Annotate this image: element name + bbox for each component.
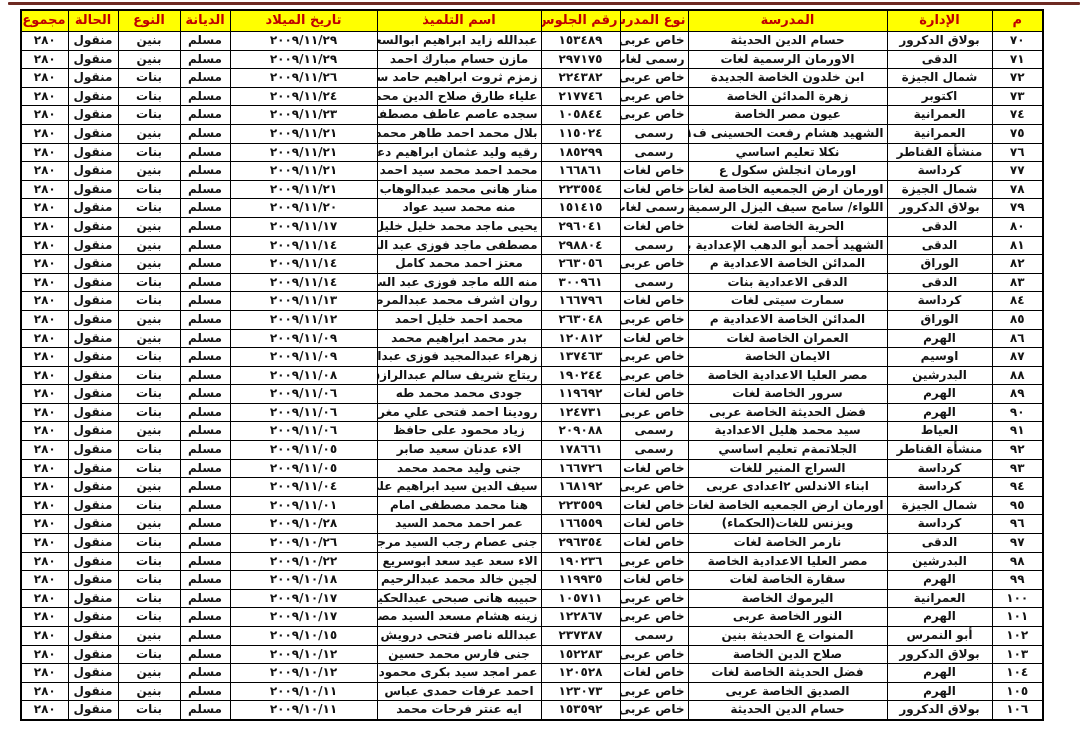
cell-no: ١٠٦ <box>992 701 1043 720</box>
cell-total: ٢٨٠ <box>21 366 68 385</box>
cell-seat_number: ١٩٠٢٣٦ <box>541 552 620 571</box>
cell-student_name: الاء سعد عيد سعد ابوسريع شقير <box>377 552 541 571</box>
cell-student_name: زمزم ثروت ابراهيم حامد سيد <box>377 69 541 88</box>
cell-total: ٢٨٠ <box>21 478 68 497</box>
cell-seat_number: ١٦٨١٩٢ <box>541 478 620 497</box>
cell-gender: بنين <box>118 124 180 143</box>
table-row: ٧٧كرداسةاورمان انجلش سكول عخاص لغات١٦٦٨٦… <box>21 162 1043 181</box>
cell-no: ٧١ <box>992 50 1043 69</box>
cell-birth_date: ٢٠٠٩/١١/٠٤ <box>230 478 377 497</box>
cell-school_type: خاص لغات <box>620 180 688 199</box>
cell-status: منقول <box>68 552 118 571</box>
cell-birth_date: ٢٠٠٩/١١/١٣ <box>230 292 377 311</box>
cell-birth_date: ٢٠٠٩/١١/٠٦ <box>230 403 377 422</box>
column-header-school_type: نوع المدرسة <box>620 10 688 32</box>
cell-school_type: رسمى <box>620 236 688 255</box>
cell-school_type: خاص عربى <box>620 608 688 627</box>
table-row: ٧٦منشأة القناطرنكلا تعليم اساسيرسمى١٨٥٢٩… <box>21 143 1043 162</box>
cell-total: ٢٨٠ <box>21 664 68 683</box>
cell-school: نارمر الخاصة لغات <box>688 534 887 553</box>
cell-administration: اكتوبر <box>887 87 992 106</box>
cell-total: ٢٨٠ <box>21 32 68 51</box>
cell-administration: الدقى <box>887 236 992 255</box>
cell-school_type: خاص عربى <box>620 32 688 51</box>
table-row: ١٠٦بولاق الدكرورحسام الدين الحديثةخاص عر… <box>21 701 1043 720</box>
cell-status: منقول <box>68 701 118 720</box>
cell-student_name: رقيه وليد عثمان ابراهيم دعبس <box>377 143 541 162</box>
cell-student_name: سيف الدين سيد ابراهيم على <box>377 478 541 497</box>
cell-administration: كرداسة <box>887 515 992 534</box>
cell-status: منقول <box>68 608 118 627</box>
cell-religion: مسلم <box>180 199 230 218</box>
cell-seat_number: ١٥١٤١٥ <box>541 199 620 218</box>
cell-school_type: رسمى <box>620 273 688 292</box>
cell-status: منقول <box>68 571 118 590</box>
column-header-seat_number: رقم الجلوس <box>541 10 620 32</box>
cell-status: منقول <box>68 385 118 404</box>
cell-no: ٩٠ <box>992 403 1043 422</box>
cell-religion: مسلم <box>180 441 230 460</box>
cell-gender: بنين <box>118 682 180 701</box>
cell-status: منقول <box>68 348 118 367</box>
cell-total: ٢٨٠ <box>21 50 68 69</box>
column-header-total: مجموع <box>21 10 68 32</box>
cell-gender: بنات <box>118 608 180 627</box>
cell-religion: مسلم <box>180 459 230 478</box>
cell-school: المدائن الخاصة الاعدادية م <box>688 310 887 329</box>
cell-school_type: خاص لغات <box>620 534 688 553</box>
cell-status: منقول <box>68 106 118 125</box>
cell-school: اللواء/ سامح سيف اليزل الرسمية للغات <box>688 199 887 218</box>
table-row: ٨٢الوراقالمدائن الخاصة الاعدادية مخاص عر… <box>21 255 1043 274</box>
table-row: ٧٢شمال الجيزةابن خلدون الخاصة الجديدةخاص… <box>21 69 1043 88</box>
cell-gender: بنات <box>118 645 180 664</box>
cell-religion: مسلم <box>180 69 230 88</box>
cell-student_name: علياء طارق صلاح الدين محمد محمد عثمان <box>377 87 541 106</box>
cell-religion: مسلم <box>180 143 230 162</box>
cell-birth_date: ٢٠٠٩/١٠/١٧ <box>230 589 377 608</box>
cell-total: ٢٨٠ <box>21 552 68 571</box>
cell-gender: بنين <box>118 329 180 348</box>
cell-religion: مسلم <box>180 552 230 571</box>
cell-birth_date: ٢٠٠٩/١٠/٢٢ <box>230 552 377 571</box>
cell-birth_date: ٢٠٠٩/١٠/١١ <box>230 682 377 701</box>
cell-administration: شمال الجيزة <box>887 180 992 199</box>
cell-seat_number: ١٢٠٨١٢ <box>541 329 620 348</box>
cell-birth_date: ٢٠٠٩/١١/١٧ <box>230 217 377 236</box>
cell-gender: بنات <box>118 348 180 367</box>
cell-no: ٧٩ <box>992 199 1043 218</box>
cell-school: المنوات ع الحديثة بنين <box>688 627 887 646</box>
cell-gender: بنات <box>118 534 180 553</box>
cell-school: ابناء الاندلس ٢اعدادى عربى <box>688 478 887 497</box>
cell-no: ٩٥ <box>992 496 1043 515</box>
cell-status: منقول <box>68 329 118 348</box>
cell-status: منقول <box>68 496 118 515</box>
cell-seat_number: ٢٢٣٥٥٩ <box>541 496 620 515</box>
cell-student_name: جنى عصام رجب السيد مرجان <box>377 534 541 553</box>
cell-school_type: خاص عربى <box>620 366 688 385</box>
cell-birth_date: ٢٠٠٩/١١/٢١ <box>230 162 377 181</box>
cell-school_type: خاص عربى <box>620 348 688 367</box>
cell-total: ٢٨٠ <box>21 534 68 553</box>
cell-birth_date: ٢٠٠٩/١٠/١٢ <box>230 664 377 683</box>
cell-school_type: خاص لغات <box>620 162 688 181</box>
cell-student_name: جودى محمد محمد طه <box>377 385 541 404</box>
cell-seat_number: ٢٩٦٠٤١ <box>541 217 620 236</box>
cell-total: ٢٨٠ <box>21 422 68 441</box>
cell-birth_date: ٢٠٠٩/١١/١٤ <box>230 273 377 292</box>
cell-school: حسام الدين الحديثة <box>688 701 887 720</box>
table-row: ١٠٠العمرانيةاليرموك الخاصةخاص عربى١٠٥٧١١… <box>21 589 1043 608</box>
cell-school_type: خاص لغات <box>620 515 688 534</box>
cell-no: ٧٠ <box>992 32 1043 51</box>
cell-school: اورمان ارض الجمعيه الخاصة لغات <box>688 180 887 199</box>
cell-seat_number: ١٥٣٤٨٩ <box>541 32 620 51</box>
cell-school: عيون مصر الخاصة <box>688 106 887 125</box>
cell-no: ٨٤ <box>992 292 1043 311</box>
cell-student_name: يحيى ماجد محمد خليل خليل <box>377 217 541 236</box>
table-body: ٧٠بولاق الدكرورحسام الدين الحديثةخاص عرب… <box>21 32 1043 720</box>
cell-administration: الدقى <box>887 534 992 553</box>
cell-seat_number: ١٦٦٨٦١ <box>541 162 620 181</box>
cell-gender: بنين <box>118 422 180 441</box>
column-header-no: م <box>992 10 1043 32</box>
cell-seat_number: ١٢٣٠٧٣ <box>541 682 620 701</box>
cell-gender: بنات <box>118 385 180 404</box>
cell-religion: مسلم <box>180 589 230 608</box>
cell-seat_number: ٢٦٣٠٥٦ <box>541 255 620 274</box>
cell-birth_date: ٢٠٠٩/١٠/١١ <box>230 701 377 720</box>
cell-student_name: منار هانى محمد عبدالوهاب <box>377 180 541 199</box>
cell-school: سقارة الخاصة لغات <box>688 571 887 590</box>
cell-school: مصر العليا الاعدادية الخاصة <box>688 366 887 385</box>
column-header-school: المدرسة <box>688 10 887 32</box>
cell-school: الصديق الخاصة عربى <box>688 682 887 701</box>
cell-student_name: معتز احمد محمد كامل <box>377 255 541 274</box>
column-header-birth_date: تاريخ الميلاد <box>230 10 377 32</box>
table-row: ٧٠بولاق الدكرورحسام الدين الحديثةخاص عرب… <box>21 32 1043 51</box>
cell-no: ١٠٢ <box>992 627 1043 646</box>
cell-school: فضل الحديثة الخاصة عربى <box>688 403 887 422</box>
table-row: ٩١العياطسيد محمد هليل الاعداديةرسمى٢٠٩٠٨… <box>21 422 1043 441</box>
cell-school_type: خاص عربى <box>620 701 688 720</box>
cell-no: ٧٦ <box>992 143 1043 162</box>
cell-seat_number: ٢١٧٧٤٦ <box>541 87 620 106</box>
cell-status: منقول <box>68 87 118 106</box>
cell-school: الايمان الخاصة <box>688 348 887 367</box>
cell-student_name: لجين خالد محمد عبدالرحيم <box>377 571 541 590</box>
cell-student_name: محمد احمد محمد سيد احمد <box>377 162 541 181</box>
cell-no: ٧٨ <box>992 180 1043 199</box>
cell-school_type: خاص عربى <box>620 69 688 88</box>
cell-birth_date: ٢٠٠٩/١١/٢١ <box>230 143 377 162</box>
cell-birth_date: ٢٠٠٩/١١/٢١ <box>230 180 377 199</box>
cell-administration: الدقى <box>887 273 992 292</box>
table-row: ٩٦كرداسةويزنس للغات(الحكماء)خاص لغات١٦٦٥… <box>21 515 1043 534</box>
cell-school_type: رسمى <box>620 422 688 441</box>
table-row: ٧٤العمرانيةعيون مصر الخاصةخاص عربى١٠٥٨٤٤… <box>21 106 1043 125</box>
cell-gender: بنات <box>118 292 180 311</box>
cell-religion: مسلم <box>180 32 230 51</box>
cell-school_type: خاص لغات <box>620 292 688 311</box>
cell-gender: بنات <box>118 180 180 199</box>
cell-religion: مسلم <box>180 515 230 534</box>
cell-religion: مسلم <box>180 273 230 292</box>
cell-school_type: خاص لغات <box>620 571 688 590</box>
cell-no: ٩٩ <box>992 571 1043 590</box>
cell-birth_date: ٢٠٠٩/١١/٠٦ <box>230 385 377 404</box>
cell-gender: بنات <box>118 143 180 162</box>
cell-religion: مسلم <box>180 348 230 367</box>
cell-seat_number: ٢٦٣٠٤٨ <box>541 310 620 329</box>
cell-seat_number: ١٠٥٧١١ <box>541 589 620 608</box>
cell-seat_number: ١٢٠٥٢٨ <box>541 664 620 683</box>
cell-student_name: بدر محمد ابراهيم محمد <box>377 329 541 348</box>
cell-no: ٨١ <box>992 236 1043 255</box>
cell-administration: البدرشين <box>887 552 992 571</box>
table-row: ٨١الدقىالشهيد أحمد أبو الدهب الإعدادية ب… <box>21 236 1043 255</box>
cell-administration: بولاق الدكرور <box>887 199 992 218</box>
cell-gender: بنين <box>118 32 180 51</box>
table-row: ٨٣الدقىالدقى الاعدادية بناترسمى٣٠٠٩٦١منه… <box>21 273 1043 292</box>
cell-religion: مسلم <box>180 385 230 404</box>
cell-school_type: رسمى <box>620 441 688 460</box>
cell-gender: بنين <box>118 627 180 646</box>
cell-gender: بنات <box>118 459 180 478</box>
cell-total: ٢٨٠ <box>21 69 68 88</box>
students-table: مالإدارةالمدرسةنوع المدرسةرقم الجلوساسم … <box>20 9 1044 721</box>
cell-no: ٨٠ <box>992 217 1043 236</box>
cell-religion: مسلم <box>180 682 230 701</box>
cell-administration: كرداسة <box>887 162 992 181</box>
cell-school_type: خاص لغات <box>620 329 688 348</box>
cell-administration: الهرم <box>887 571 992 590</box>
cell-no: ٧٧ <box>992 162 1043 181</box>
table-row: ٨٤كرداسةسمارت سيتى لغاتخاص لغات١٦٦٧٩٦روا… <box>21 292 1043 311</box>
cell-administration: الوراق <box>887 310 992 329</box>
cell-total: ٢٨٠ <box>21 329 68 348</box>
cell-birth_date: ٢٠٠٩/١١/٠٨ <box>230 366 377 385</box>
cell-school_type: خاص لغات <box>620 664 688 683</box>
cell-student_name: عبدالله زايد ابراهيم ابوالسعود <box>377 32 541 51</box>
cell-school: صلاح الدين الخاصة <box>688 645 887 664</box>
cell-birth_date: ٢٠٠٩/١٠/٢٨ <box>230 515 377 534</box>
cell-status: منقول <box>68 292 118 311</box>
cell-religion: مسلم <box>180 571 230 590</box>
cell-status: منقول <box>68 422 118 441</box>
cell-no: ٧٣ <box>992 87 1043 106</box>
cell-religion: مسلم <box>180 217 230 236</box>
cell-school: حسام الدين الحديثة <box>688 32 887 51</box>
cell-status: منقول <box>68 255 118 274</box>
document-body: مالإدارةالمدرسةنوع المدرسةرقم الجلوساسم … <box>18 9 1044 721</box>
cell-birth_date: ٢٠٠٩/١٠/١٢ <box>230 645 377 664</box>
cell-status: منقول <box>68 403 118 422</box>
cell-school_type: خاص عربى <box>620 310 688 329</box>
header-row: مالإدارةالمدرسةنوع المدرسةرقم الجلوساسم … <box>21 10 1043 32</box>
cell-school: ابن خلدون الخاصة الجديدة <box>688 69 887 88</box>
cell-status: منقول <box>68 664 118 683</box>
cell-total: ٢٨٠ <box>21 459 68 478</box>
cell-gender: بنات <box>118 571 180 590</box>
cell-administration: الهرم <box>887 385 992 404</box>
cell-gender: بنات <box>118 106 180 125</box>
cell-total: ٢٨٠ <box>21 255 68 274</box>
cell-gender: بنين <box>118 310 180 329</box>
table-row: ١٠٣بولاق الدكرورصلاح الدين الخاصةخاص عرب… <box>21 645 1043 664</box>
table-row: ٩٣كرداسةالسراج المنير للغاتخاص لغات١٦٦٧٢… <box>21 459 1043 478</box>
cell-seat_number: ١٧٨٦٦١ <box>541 441 620 460</box>
table-row: ١٠٤الهرمفضل الحديثة الخاصة لغاتخاص لغات١… <box>21 664 1043 683</box>
cell-status: منقول <box>68 682 118 701</box>
cell-seat_number: ١٠٥٨٤٤ <box>541 106 620 125</box>
cell-status: منقول <box>68 236 118 255</box>
cell-status: منقول <box>68 32 118 51</box>
table-row: ٧٥العمرانيةالشهيد هشام رفعت الحسينى ف١رس… <box>21 124 1043 143</box>
cell-student_name: هنا محمد مصطفى امام <box>377 496 541 515</box>
cell-religion: مسلم <box>180 329 230 348</box>
cell-birth_date: ٢٠٠٩/١١/٠٥ <box>230 459 377 478</box>
cell-student_name: منه الله ماجد فوزى عبد السميع <box>377 273 541 292</box>
cell-status: منقول <box>68 69 118 88</box>
cell-status: منقول <box>68 515 118 534</box>
cell-birth_date: ٢٠٠٩/١١/٠١ <box>230 496 377 515</box>
cell-school_type: خاص لغات <box>620 217 688 236</box>
cell-school: سمارت سيتى لغات <box>688 292 887 311</box>
cell-administration: الهرم <box>887 403 992 422</box>
cell-total: ٢٨٠ <box>21 106 68 125</box>
column-header-administration: الإدارة <box>887 10 992 32</box>
cell-school_type: رسمى <box>620 143 688 162</box>
cell-religion: مسلم <box>180 701 230 720</box>
cell-student_name: عمر احمد محمد السيد <box>377 515 541 534</box>
table-row: ٧١الدقىالاورمان الرسمية لغاترسمى لغات٢٩٧… <box>21 50 1043 69</box>
cell-birth_date: ٢٠٠٩/١٠/١٨ <box>230 571 377 590</box>
cell-administration: اوسيم <box>887 348 992 367</box>
cell-seat_number: ٢٩٦٣٥٤ <box>541 534 620 553</box>
table-row: ٧٨شمال الجيزةاورمان ارض الجمعيه الخاصة ل… <box>21 180 1043 199</box>
cell-total: ٢٨٠ <box>21 180 68 199</box>
cell-seat_number: ١١٥٠٢٤ <box>541 124 620 143</box>
table-row: ٨٠الدقىالحرية الخاصة لغاتخاص لغات٢٩٦٠٤١ي… <box>21 217 1043 236</box>
cell-no: ٩٢ <box>992 441 1043 460</box>
cell-gender: بنات <box>118 199 180 218</box>
cell-status: منقول <box>68 478 118 497</box>
cell-gender: بنات <box>118 441 180 460</box>
cell-status: منقول <box>68 589 118 608</box>
cell-seat_number: ٢٩٨٨٠٤ <box>541 236 620 255</box>
cell-gender: بنات <box>118 589 180 608</box>
cell-status: منقول <box>68 217 118 236</box>
cell-school: الشهيد هشام رفعت الحسينى ف١ <box>688 124 887 143</box>
cell-school: ويزنس للغات(الحكماء) <box>688 515 887 534</box>
cell-religion: مسلم <box>180 236 230 255</box>
cell-gender: بنين <box>118 515 180 534</box>
cell-total: ٢٨٠ <box>21 645 68 664</box>
cell-seat_number: ٢٩٧١٧٥ <box>541 50 620 69</box>
cell-administration: بولاق الدكرور <box>887 701 992 720</box>
cell-status: منقول <box>68 199 118 218</box>
cell-no: ٧٥ <box>992 124 1043 143</box>
cell-gender: بنين <box>118 217 180 236</box>
cell-administration: الهرم <box>887 329 992 348</box>
cell-school_type: خاص عربى <box>620 403 688 422</box>
cell-birth_date: ٢٠٠٩/١١/٢٤ <box>230 87 377 106</box>
cell-no: ٧٢ <box>992 69 1043 88</box>
cell-school: الدقى الاعدادية بنات <box>688 273 887 292</box>
cell-status: منقول <box>68 50 118 69</box>
cell-seat_number: ٢٣٧٣٨٧ <box>541 627 620 646</box>
cell-school_type: خاص لغات <box>620 496 688 515</box>
table-row: ٨٨البدرشينمصر العليا الاعدادية الخاصةخاص… <box>21 366 1043 385</box>
cell-school: اورمان ارض الجمعيه الخاصة لغات <box>688 496 887 515</box>
cell-no: ١٠١ <box>992 608 1043 627</box>
cell-school_type: خاص لغات <box>620 459 688 478</box>
cell-student_name: حبيبه هانى صبحى عبدالحكيم <box>377 589 541 608</box>
cell-gender: بنات <box>118 366 180 385</box>
cell-administration: العمرانية <box>887 124 992 143</box>
cell-seat_number: ١٢٢٨٦٧ <box>541 608 620 627</box>
cell-gender: بنات <box>118 701 180 720</box>
cell-school_type: خاص لغات <box>620 385 688 404</box>
cell-total: ٢٨٠ <box>21 236 68 255</box>
cell-religion: مسلم <box>180 366 230 385</box>
cell-birth_date: ٢٠٠٩/١١/٢٣ <box>230 106 377 125</box>
cell-religion: مسلم <box>180 608 230 627</box>
cell-total: ٢٨٠ <box>21 87 68 106</box>
cell-religion: مسلم <box>180 645 230 664</box>
cell-religion: مسلم <box>180 255 230 274</box>
table-row: ٩٨البدرشينمصر العليا الاعدادية الخاصةخاص… <box>21 552 1043 571</box>
table-row: ٩٠الهرمفضل الحديثة الخاصة عربىخاص عربى١٢… <box>21 403 1043 422</box>
table-row: ١٠٥الهرمالصديق الخاصة عربىخاص عربى١٢٣٠٧٣… <box>21 682 1043 701</box>
cell-no: ٩٧ <box>992 534 1043 553</box>
cell-no: ٩٤ <box>992 478 1043 497</box>
cell-status: منقول <box>68 366 118 385</box>
cell-no: ٨٢ <box>992 255 1043 274</box>
cell-administration: كرداسة <box>887 459 992 478</box>
cell-religion: مسلم <box>180 627 230 646</box>
cell-student_name: الاء عدنان سعيد صابر <box>377 441 541 460</box>
cell-administration: منشأة القناطر <box>887 143 992 162</box>
cell-birth_date: ٢٠٠٩/١١/٢٦ <box>230 69 377 88</box>
cell-administration: الهرم <box>887 608 992 627</box>
cell-administration: العمرانية <box>887 106 992 125</box>
cell-total: ٢٨٠ <box>21 217 68 236</box>
cell-religion: مسلم <box>180 292 230 311</box>
cell-school_type: خاص عربى <box>620 87 688 106</box>
cell-total: ٢٨٠ <box>21 682 68 701</box>
cell-seat_number: ٢٢٤٣٨٢ <box>541 69 620 88</box>
table-row: ٩٧الدقىنارمر الخاصة لغاتخاص لغات٢٩٦٣٥٤جن… <box>21 534 1043 553</box>
cell-student_name: ريتاج شريف سالم عبدالرازق عامر <box>377 366 541 385</box>
cell-gender: بنين <box>118 236 180 255</box>
cell-student_name: رودينا احمد فتحى علي مغربى <box>377 403 541 422</box>
cell-total: ٢٨٠ <box>21 701 68 720</box>
cell-no: ٩٦ <box>992 515 1043 534</box>
column-header-gender: النوع <box>118 10 180 32</box>
cell-birth_date: ٢٠٠٩/١١/٢٠ <box>230 199 377 218</box>
cell-religion: مسلم <box>180 87 230 106</box>
cell-no: ٨٣ <box>992 273 1043 292</box>
cell-student_name: جنى فارس محمد حسين <box>377 645 541 664</box>
cell-student_name: زهراء عبدالمجيد فوزى عبدالموجود عبدالرحي… <box>377 348 541 367</box>
cell-seat_number: ١٥٢٢٨٣ <box>541 645 620 664</box>
cell-no: ٨٦ <box>992 329 1043 348</box>
cell-school_type: خاص عربى <box>620 478 688 497</box>
cell-school: سرور الخاصة لغات <box>688 385 887 404</box>
